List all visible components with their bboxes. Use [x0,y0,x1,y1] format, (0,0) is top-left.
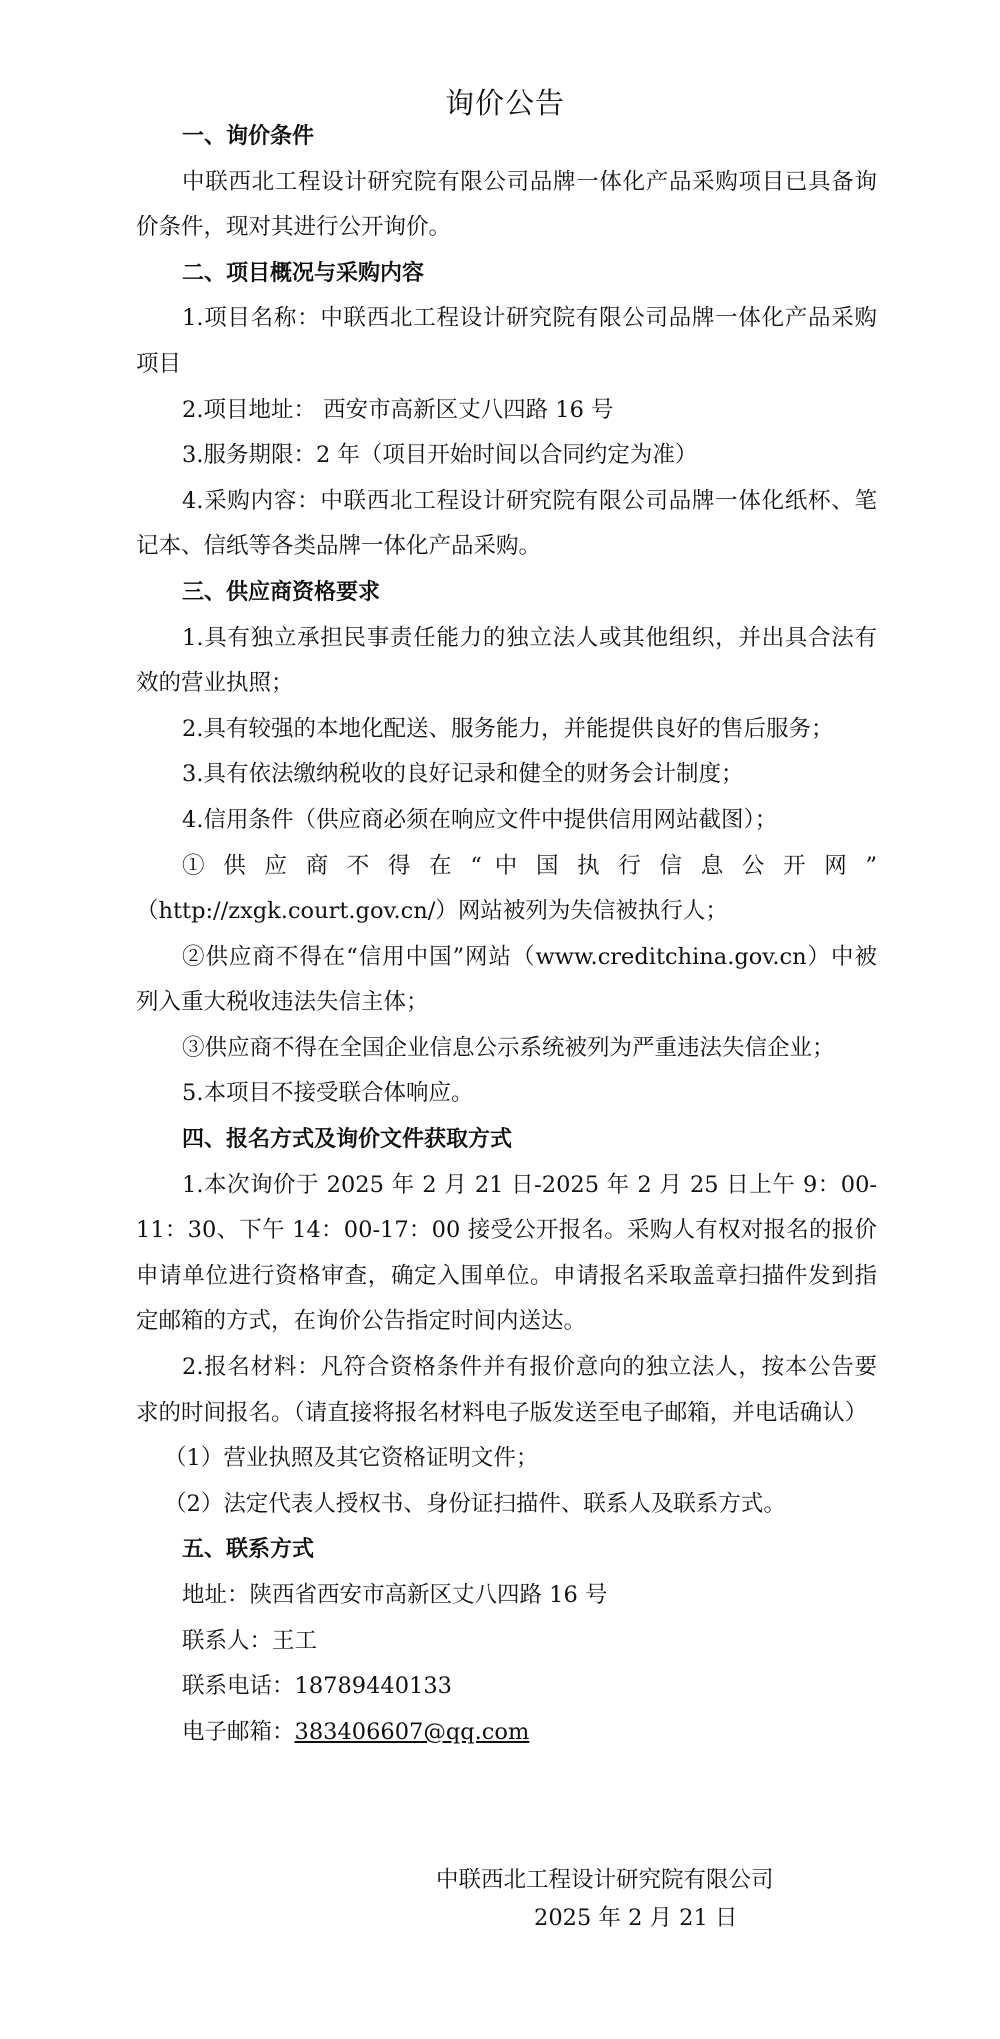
email-link[interactable]: 383406607@qq.com [295,1719,530,1745]
contact-phone-value: 18789440133 [295,1673,452,1699]
requirement-item-4: 4.信用条件（供应商必须在响应文件中提供信用网站截图）； [136,798,877,844]
procurement-content: 4.采购内容：中联西北工程设计研究院有限公司品牌一体化纸杯、笔记本、信纸等各类品… [136,479,877,570]
requirement-item-2: 2.具有较强的本地化配送、服务能力，并能提供良好的售后服务； [136,707,877,753]
document-page: 询价公告 一、询价条件 中联西北工程设计研究院有限公司品牌一体化产品采购项目已具… [0,0,1000,2039]
credit-condition-2: ②供应商不得在“信用中国”网站（www.creditchina.gov.cn）中… [136,935,877,1026]
requirement-item-1: 1.具有独立承担民事责任能力的独立法人或其他组织，并出具合法有效的营业执照； [136,616,877,707]
contact-address: 地址：陕西省西安市高新区丈八四路 16 号 [136,1573,877,1619]
section-heading-inquiry-conditions: 一、询价条件 [136,114,877,160]
section-heading-project-overview: 二、项目概况与采购内容 [136,251,877,297]
requirement-item-3: 3.具有依法缴纳税收的良好记录和健全的财务会计制度； [136,752,877,798]
contact-address-label: 地址： [182,1582,250,1608]
contact-phone-label: 联系电话： [182,1673,295,1699]
signature-date: 2025 年 2 月 21 日 [534,1899,737,1937]
registration-sub-2: （2）法定代表人授权书、身份证扫描件、联系人及联系方式。 [136,1482,877,1528]
service-period: 3.服务期限：2 年（项目开始时间以合同约定为准） [136,433,877,479]
contact-person-value: 王工 [272,1628,317,1654]
contact-address-value: 陕西省西安市高新区丈八四路 16 号 [250,1582,608,1608]
section-heading-registration: 四、报名方式及询价文件获取方式 [136,1117,877,1163]
paragraph-inquiry-conditions: 中联西北工程设计研究院有限公司品牌一体化产品采购项目已具备询价条件，现对其进行公… [136,160,877,251]
contact-person-label: 联系人： [182,1628,272,1654]
section-heading-contact: 五、联系方式 [136,1527,877,1573]
project-address: 2.项目地址： 西安市高新区丈八四路 16 号 [136,388,877,434]
contact-email-label: 电子邮箱： [182,1719,295,1745]
project-name: 1.项目名称：中联西北工程设计研究院有限公司品牌一体化产品采购项目 [136,296,877,387]
contact-email: 电子邮箱：383406607@qq.com [136,1710,877,1756]
credit-condition-1-line1: ① 供 应 商 不 得 在 “ 中 国 执 行 信 息 公 开 网 ” [136,844,877,890]
signature-company: 中联西北工程设计研究院有限公司 [436,1861,774,1899]
registration-sub-1: （1）营业执照及其它资格证明文件； [136,1436,877,1482]
section-heading-supplier-requirements: 三、供应商资格要求 [136,570,877,616]
contact-phone: 联系电话：18789440133 [136,1664,877,1710]
registration-item-1: 1.本次询价于 2025 年 2 月 21 日-2025 年 2 月 25 日上… [136,1163,877,1345]
credit-condition-1-line2: （http://zxgk.court.gov.cn/）网站被列为失信被执行人； [136,889,877,935]
requirement-item-5: 5.本项目不接受联合体响应。 [136,1071,877,1117]
contact-person: 联系人：王工 [136,1619,877,1665]
document-body: 一、询价条件 中联西北工程设计研究院有限公司品牌一体化产品采购项目已具备询价条件… [136,114,877,1755]
credit-condition-3: ③供应商不得在全国企业信息公示系统被列为严重违法失信企业； [136,1026,877,1072]
registration-item-2: 2.报名材料：凡符合资格条件并有报价意向的独立法人，按本公告要求的时间报名。（请… [136,1345,877,1436]
